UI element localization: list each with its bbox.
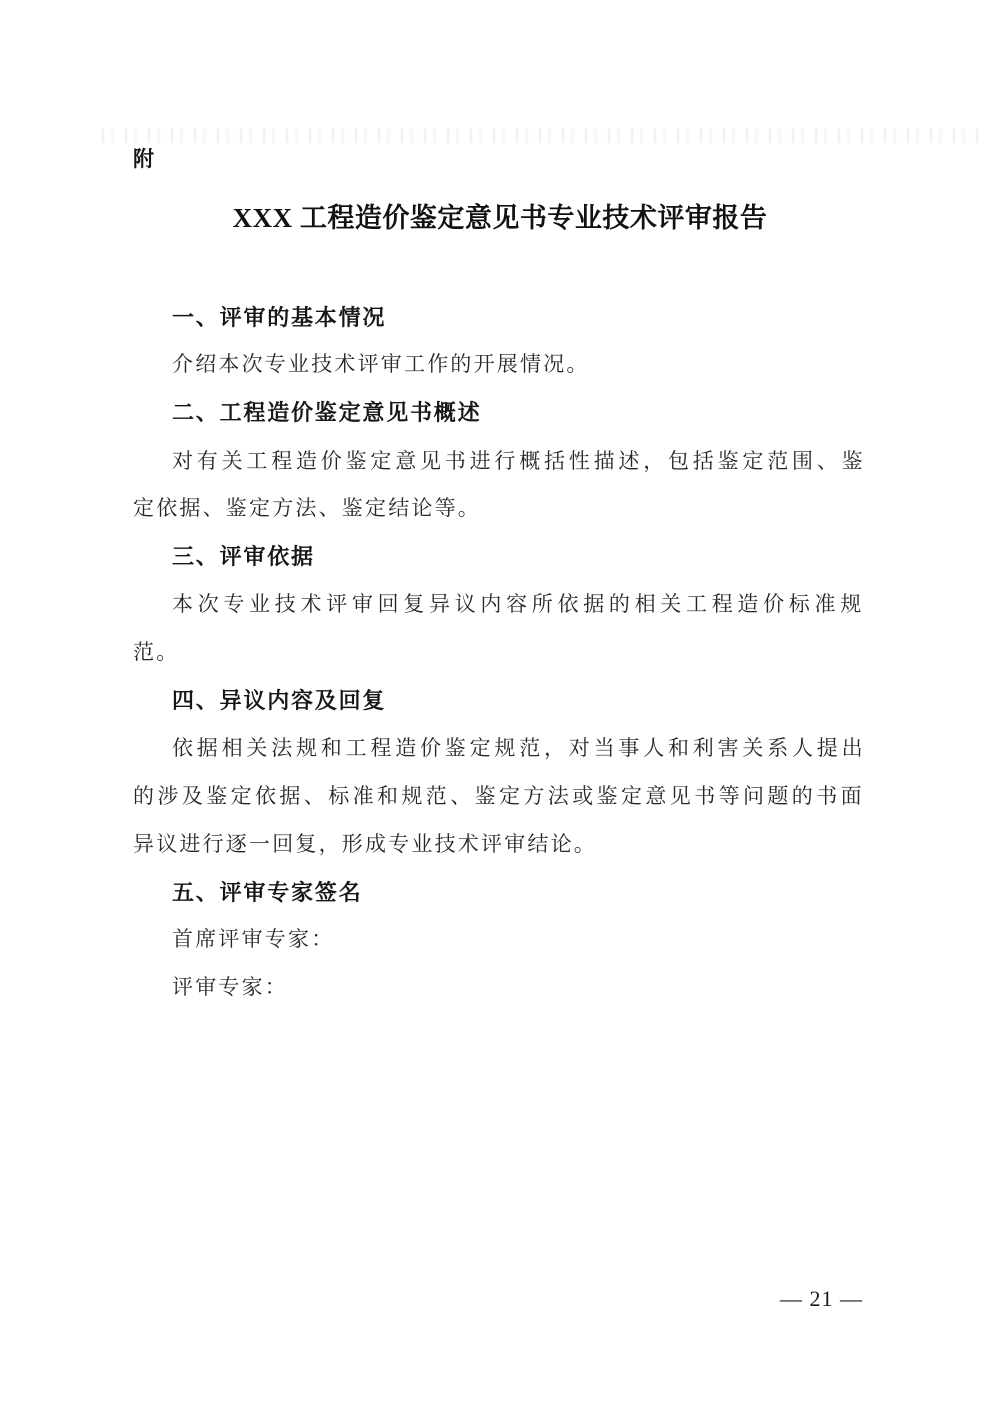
chief-expert-signature-line: 首席评审专家： <box>172 923 334 953</box>
scan-noise-strip <box>102 128 984 143</box>
section-4-body-line: 的涉及鉴定依据、标准和规范、鉴定方法或鉴定意见书等问题的书面 <box>133 780 865 810</box>
section-heading-1: 一、评审的基本情况 <box>172 301 386 332</box>
attachment-label: 附 <box>133 143 154 173</box>
section-heading-5: 五、评审专家签名 <box>172 876 362 907</box>
section-2-body-line: 定依据、鉴定方法、鉴定结论等。 <box>133 492 481 522</box>
expert-signature-line: 评审专家： <box>172 971 288 1001</box>
section-4-body-line: 依据相关法规和工程造价鉴定规范，对当事人和利害关系人提出 <box>172 732 866 762</box>
section-heading-2: 二、工程造价鉴定意见书概述 <box>172 396 481 427</box>
section-3-body-line: 本次专业技术评审回复异议内容所依据的相关工程造价标准规 <box>172 588 866 618</box>
section-2-body-line: 对有关工程造价鉴定意见书进行概括性描述，包括鉴定范围、鉴 <box>172 445 866 475</box>
section-3-body-line: 范。 <box>133 636 179 666</box>
section-heading-4: 四、异议内容及回复 <box>172 684 386 715</box>
section-1-body-line: 介绍本次专业技术评审工作的开展情况。 <box>172 348 590 378</box>
section-heading-3: 三、评审依据 <box>172 540 315 571</box>
page-title: XXX 工程造价鉴定意见书专业技术评审报告 <box>0 196 1000 235</box>
section-4-body-line: 异议进行逐一回复，形成专业技术评审结论。 <box>133 828 597 858</box>
document-page: 附 XXX 工程造价鉴定意见书专业技术评审报告 一、评审的基本情况 介绍本次专业… <box>0 0 1000 1414</box>
page-number: — 21 — <box>780 1286 863 1312</box>
